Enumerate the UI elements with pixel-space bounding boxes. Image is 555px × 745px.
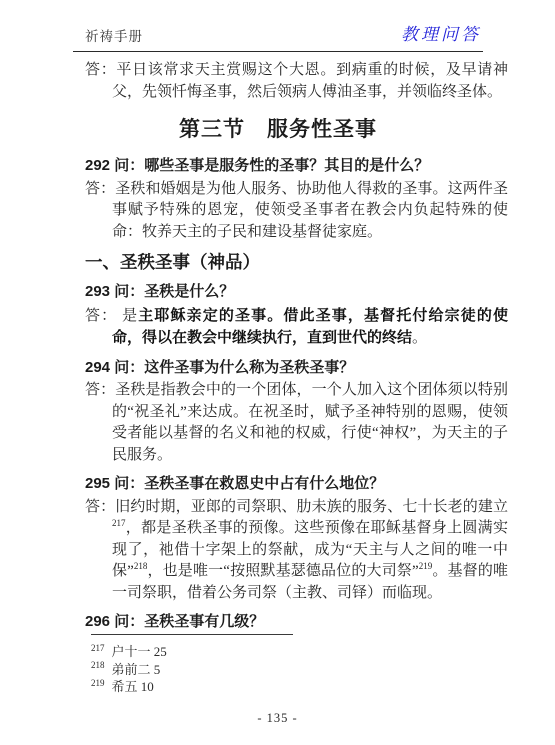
header-left-title: 祈祷手册 [73, 25, 143, 45]
qa-295: 295 问：圣秩圣事在救恩史中占有什么地位？ 答：旧约时期，亚郎的司祭职、肋未族… [73, 473, 483, 604]
footnote-list: 217户十一 25 218弟前二 5 219希五 10 [91, 643, 483, 696]
qa-296-question: 296 问：圣秩圣事有几级？ [85, 611, 483, 633]
footnote-divider [91, 634, 293, 635]
page-number: - 135 - [0, 711, 555, 726]
qa-293-answer-bold: 主耶稣亲定的圣事。借此圣事，基督托付给宗徒的使命，得以在教会中继续执行，直到世代… [112, 307, 508, 347]
qa-295-answer-seg0: 答：旧约时期，亚郎的司祭职、肋未族的服务、七十长老的建立 [85, 499, 508, 515]
qa-295-question: 295 问：圣秩圣事在救恩史中占有什么地位？ [85, 473, 483, 495]
footnote-item: 219希五 10 [91, 678, 483, 696]
footnote-marker-217: 217 [91, 643, 105, 653]
qa-293-answer: 答： 是主耶稣亲定的圣事。借此圣事，基督托付给宗徒的使命，得以在教会中继续执行，… [85, 305, 508, 350]
qa-296: 296 问：圣秩圣事有几级？ [73, 611, 483, 633]
qa-293: 293 问：圣秩是什么？ 答： 是主耶稣亲定的圣事。借此圣事，基督托付给宗徒的使… [73, 281, 483, 350]
footnote-ref-217: 217 [112, 518, 126, 528]
footnote-text-219: 希五 10 [112, 679, 154, 694]
header-right-title: 教理问答 [401, 20, 483, 45]
page-header: 祈祷手册 教理问答 [73, 20, 483, 52]
intro-answer-paragraph: 答：平日该常求天主赏赐这个大恩。到病重的时候，及早请神父，先领忏悔圣事，然后领病… [85, 60, 508, 103]
qa-293-question: 293 问：圣秩是什么？ [85, 281, 483, 303]
qa-295-answer-seg2: ，也是唯一“按照默基瑟德品位的大司祭” [147, 563, 418, 579]
qa-293-answer-prefix: 答： 是 [85, 308, 138, 324]
page-content: 祈祷手册 教理问答 答：平日该常求天主赏赐这个大恩。到病重的时候，及早请神父，先… [73, 0, 483, 635]
footnote-marker-219: 219 [91, 678, 105, 688]
qa-294-question: 294 问：这件圣事为什么称为圣秩圣事？ [85, 357, 483, 379]
qa-294-answer: 答：圣秩是指教会中的一个团体，一个人加入这个团体须以特别的“祝圣礼”来达成。在祝… [85, 380, 508, 466]
footnote-item: 218弟前二 5 [91, 661, 483, 679]
qa-295-answer: 答：旧约时期，亚郎的司祭职、肋未族的服务、七十长老的建立217，都是圣秩圣事的预… [85, 497, 508, 605]
qa-294: 294 问：这件圣事为什么称为圣秩圣事？ 答：圣秩是指教会中的一个团体，一个人加… [73, 357, 483, 467]
footnotes-section: 217户十一 25 218弟前二 5 219希五 10 [73, 634, 483, 696]
qa-292-answer: 答：圣秩和婚姻是为他人服务、协助他人得救的圣事。这两件圣事赋予特殊的恩宠，使领受… [85, 179, 508, 244]
footnote-ref-219: 219 [419, 561, 433, 571]
qa-292-question: 292 问：哪些圣事是服务性的圣事？其目的是什么？ [85, 155, 483, 177]
footnote-ref-218: 218 [134, 561, 148, 571]
document-page: 祈祷手册 教理问答 答：平日该常求天主赏赐这个大恩。到病重的时候，及早请神父，先… [0, 0, 555, 745]
footnote-text-218: 弟前二 5 [112, 662, 161, 677]
footnote-text-217: 户十一 25 [112, 644, 167, 659]
qa-293-answer-suffix: 。 [412, 330, 427, 346]
footnote-item: 217户十一 25 [91, 643, 483, 661]
footnote-marker-218: 218 [91, 660, 105, 670]
qa-292: 292 问：哪些圣事是服务性的圣事？其目的是什么？ 答：圣秩和婚姻是为他人服务、… [73, 155, 483, 243]
subsection-title: 一、圣秩圣事（神品） [85, 250, 483, 274]
section-title: 第三节 服务性圣事 [73, 116, 483, 144]
